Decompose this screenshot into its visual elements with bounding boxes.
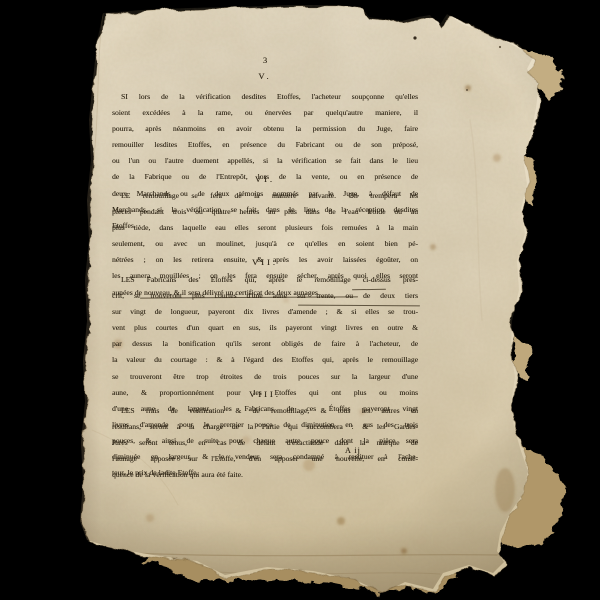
- text-line: résultans, seront à la charge de la Part…: [112, 423, 418, 439]
- section-heading: VIII.: [112, 390, 418, 399]
- text-line: soient excédées à la rame, ou énervées p…: [112, 109, 418, 125]
- section-viii: VIII.LES frais de vérification & de remo…: [112, 390, 418, 479]
- text-line: pièces pendant trois ou quatre heures au…: [112, 208, 418, 224]
- photograph-of-old-document: 3 V.SI lors de la vérification desdites …: [0, 0, 600, 600]
- page-content: 3 V.SI lors de la vérification desdites …: [112, 0, 418, 600]
- text-line: par dessus la bonification qu'ils seront…: [112, 340, 418, 356]
- section-heading: VI.: [112, 175, 418, 184]
- text-line: LES frais de vérification & de remouilla…: [112, 407, 418, 423]
- text-line: remouiller lesdites Etoffes, en présence…: [112, 141, 418, 157]
- section-heading: V.: [112, 72, 418, 81]
- text-line: vent plus courtes d'un quart en sus, ils…: [112, 324, 418, 340]
- text-line: quence de la vérification qui aura été f…: [112, 471, 418, 479]
- text-line: pourra, après néanmoins en avoir obtenu …: [112, 125, 418, 141]
- text-line: Jurés seront tenus, en cas de défaut d'e…: [112, 439, 418, 455]
- paragraph: LES frais de vérification & de remouilla…: [112, 407, 418, 479]
- signature-mark: A ij: [345, 446, 361, 455]
- section-heading: VII.: [112, 258, 418, 267]
- text-line: sur vingt de longueur, payeront dix livr…: [112, 308, 418, 324]
- text-line: SI lors de la vérification desdites Etof…: [112, 93, 418, 109]
- text-line: plus tiède, dans laquelle eau elles sero…: [112, 224, 418, 240]
- page-number: 3: [112, 56, 418, 65]
- text-line: seulement, ou avec un moulinet, jusqu'à …: [112, 240, 418, 256]
- text-line: ou l'un ou l'autre duement appellés, si …: [112, 157, 418, 173]
- text-line: se trouveront être trop étroites de troi…: [112, 373, 418, 389]
- text-line: LE remouillage se fera de la maniere sui…: [112, 192, 418, 208]
- text-line: la valeur du courtage : & à l'égard des …: [112, 356, 418, 372]
- text-line: l'aunage apposée sur l'Etoffe, d'en appo…: [112, 455, 418, 471]
